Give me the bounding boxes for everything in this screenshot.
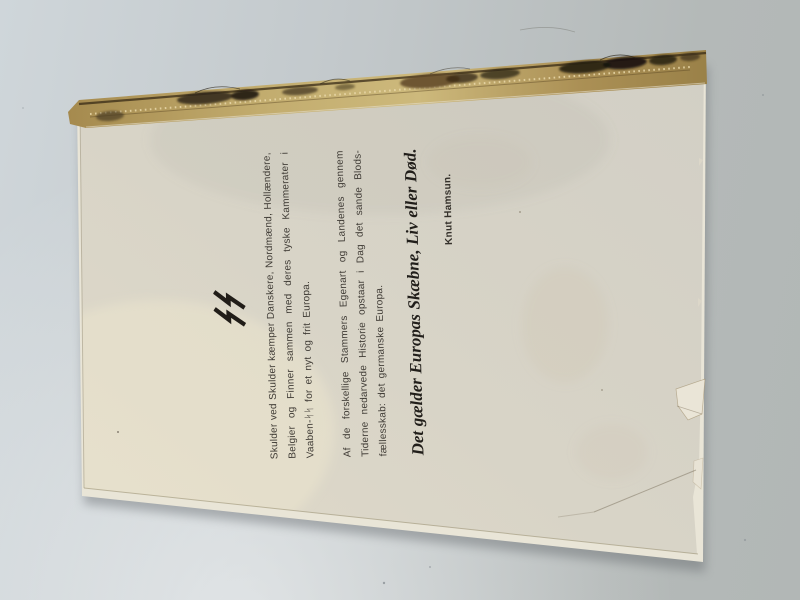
ss-runes-icon: [213, 284, 252, 329]
mold-stains: [96, 52, 701, 122]
paragraph-1: SkuldervedSkulderkæmperDanskere,Nordmænd…: [259, 151, 321, 459]
paragraph-2: AfdeforskelligeStammersEgenartogLandenes…: [331, 149, 393, 457]
photo-of-document: SkuldervedSkulderkæmperDanskere,Nordmænd…: [0, 0, 800, 600]
stained-top-edge: [79, 53, 706, 104]
stitch-perforation: [90, 67, 690, 114]
binding-strip: [68, 50, 707, 128]
page-content: SkuldervedSkulderkæmperDanskere,Nordmænd…: [209, 147, 465, 460]
fold-crease: [594, 470, 696, 512]
torn-edge: [558, 158, 705, 517]
hair-fibres: [195, 27, 636, 93]
byline: Knut Hamsun.: [441, 147, 460, 454]
quote-line: DetgælderEuropasSkæbne,LivellerDød.: [397, 148, 431, 456]
